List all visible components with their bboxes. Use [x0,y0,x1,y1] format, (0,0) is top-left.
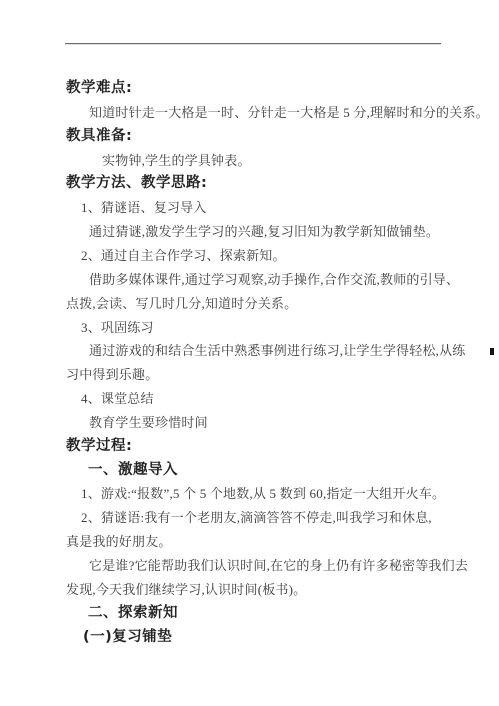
text-line: 借助多媒体课件,通过学习观察,动手操作,合作交流,教师的引导、 [89,271,459,288]
horizontal-rule [65,43,441,44]
text-line: 它是谁?它能帮助我们认识时间,在它的身上仍有许多秘密等我们去 [89,557,468,574]
heading-line: 教学过程: [66,438,132,455]
heading-line: (一)复习铺垫 [83,629,172,646]
text-line: 通过游戏的和结合生活中熟悉事例进行练习,让学生学得轻松,从练 [89,342,466,359]
heading-line: 一、激趣导入 [88,462,178,479]
heading-line: 二、探索新知 [88,605,178,622]
text-line: 1、游戏:“报数”,5 个 5 个地数,从 5 数到 60,指定一大组开火车。 [81,485,445,502]
heading-line: 教学方法、教学思路: [66,175,207,192]
text-line: 发现,今天我们继续学习,认识时间(板书)。 [66,581,306,598]
text-line: 2、通过自主合作学习、探索新知。 [81,247,286,264]
page-edge-mark [490,348,494,355]
heading-line: 教具准备: [66,128,132,145]
text-line: 通过猜谜,激发学生学习的兴趣,复习旧知为教学新知做铺垫。 [89,223,439,240]
text-line: 点拨,会读、写几时几分,知道时分关系。 [66,295,297,312]
text-line: 2、猜谜语:我有一个老朋友,滴滴答答不停走,叫我学习和休息, [81,509,432,526]
text-line: 1、猜谜语、复习导入 [81,199,207,216]
text-line: 真是我的好朋友。 [66,533,172,550]
text-line: 教育学生要珍惜时间 [89,414,208,431]
text-line: 知道时针走一大格是一时、分针走一大格是 5 分,理解时和分的关系。 [89,104,489,121]
text-line: 4、课堂总结 [81,390,154,407]
text-line: 3、巩固练习 [81,319,154,336]
text-line: 习中得到乐趣。 [66,366,158,383]
heading-line: 教学难点: [66,80,132,97]
text-line: 实物钟,学生的学具钟表。 [102,152,251,169]
document-page: 教学难点:知道时针走一大格是一时、分针走一大格是 5 分,理解时和分的关系。教具… [0,0,499,706]
